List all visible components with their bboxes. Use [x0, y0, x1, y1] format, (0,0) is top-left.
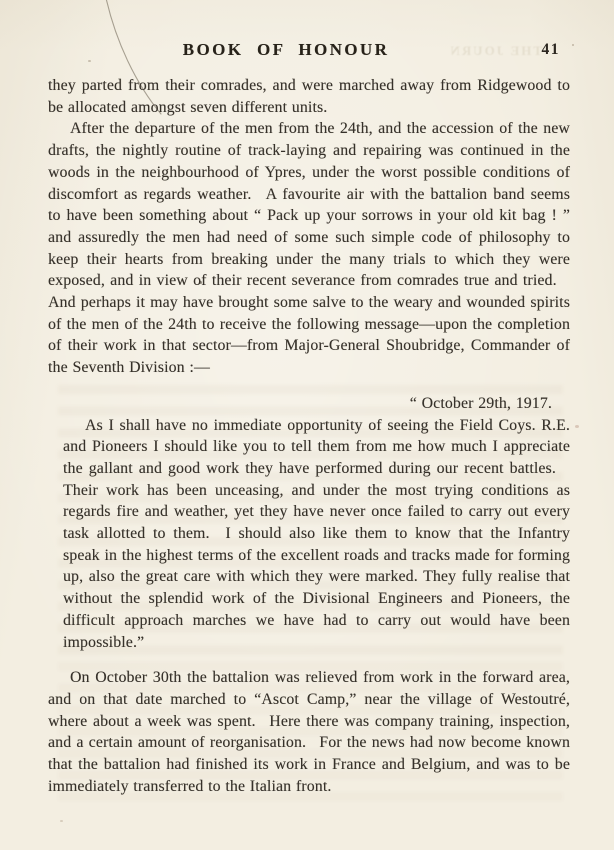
body-paragraph: After the departure of the men from the … — [48, 118, 570, 378]
body-paragraph: On October 30th the battalion was reliev… — [48, 667, 570, 797]
running-head: BOOK OF HONOUR 41 — [48, 40, 570, 64]
body-paragraph: they parted from their comrades, and wer… — [48, 75, 570, 118]
scanned-book-page: THE JOURN BOOK OF HONOUR 41 they parted … — [0, 0, 614, 850]
page-header-title: BOOK OF HONOUR — [48, 40, 570, 60]
letter-dateline: “ October 29th, 1917. — [48, 393, 570, 415]
letter-paragraph: As I shall have no immediate opportunity… — [63, 415, 570, 654]
foxing-spot — [60, 820, 63, 822]
page-body: they parted from their comrades, and wer… — [48, 75, 570, 798]
foxing-spot — [572, 44, 574, 46]
foxing-spot — [575, 425, 579, 428]
page-number: 41 — [542, 41, 561, 59]
